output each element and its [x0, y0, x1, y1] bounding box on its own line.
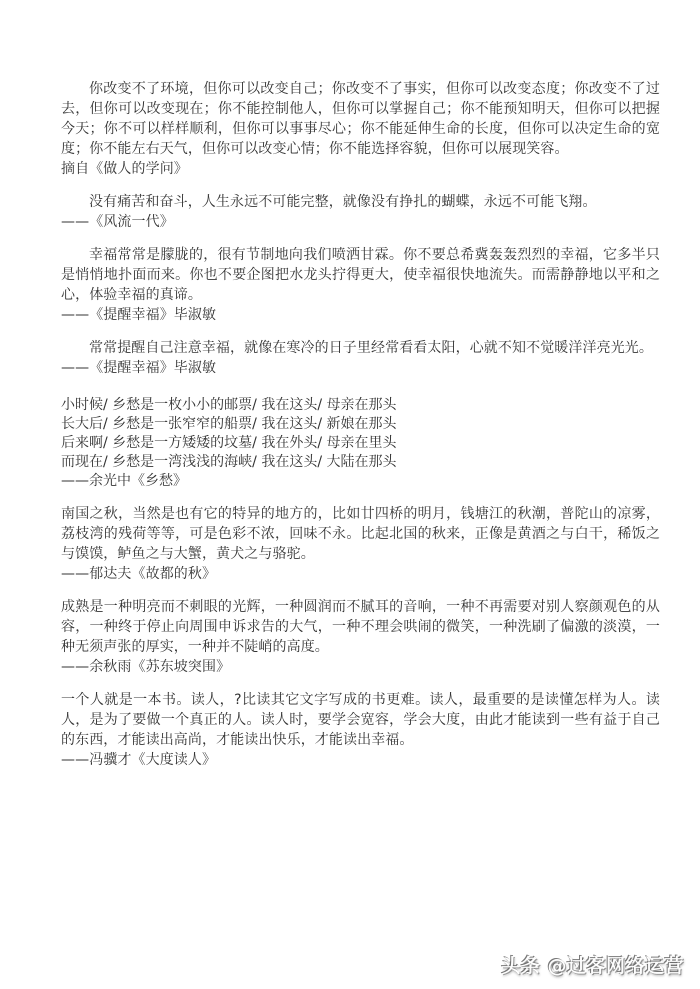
quote-source: ——余秋雨《苏东坡突围》: [61, 657, 660, 677]
quote-source: ——郁达夫《故都的秋》: [61, 564, 660, 584]
quote-text: 常常提醒自己注意幸福，就像在寒冷的日子里经常看看太阳，心就不知不觉暖洋洋亮光光。: [61, 338, 660, 358]
poem-section-xiangchou: 小时候/ 乡愁是一枚小小的邮票/ 我在这头/ 母亲在那头 长大后/ 乡愁是一张窄…: [61, 396, 660, 491]
quote-section-xingfu-2: 常常提醒自己注意幸福，就像在寒冷的日子里经常看看太阳，心就不知不觉暖洋洋亮光光。…: [61, 338, 660, 378]
quote-source: ——《提醒幸福》毕淑敏: [61, 305, 660, 325]
quote-section-fengliu: 没有痛苦和奋斗，人生永远不可能完整，就像没有挣扎的蝴蝶，永远不可能飞翔。 ——《…: [61, 192, 660, 232]
poem-line: 小时候/ 乡愁是一枚小小的邮票/ 我在这头/ 母亲在那头: [61, 396, 660, 415]
quote-text: 南国之秋，当然是也有它的特异的地方的，比如廿四桥的明月，钱塘江的秋潮，普陀山的凉…: [61, 504, 660, 564]
poem-line: 长大后/ 乡愁是一张窄窄的船票/ 我在这头/ 新娘在那头: [61, 415, 660, 434]
quote-text: 没有痛苦和奋斗，人生永远不可能完整，就像没有挣扎的蝴蝶，永远不可能飞翔。: [61, 192, 660, 212]
toutiao-watermark: 头条 @过客网络运营: [501, 951, 684, 978]
quote-text: 一个人就是一本书。读人，?比读其它文字写成的书更难。读人，最重要的是读懂怎样为人…: [61, 690, 660, 750]
quote-text: 你改变不了环境，但你可以改变自己；你改变不了事实，但你可以改变态度；你改变不了过…: [61, 79, 660, 159]
document-page: 你改变不了环境，但你可以改变自己；你改变不了事实，但你可以改变态度；你改变不了过…: [0, 0, 700, 770]
quote-source: ——《风流一代》: [61, 212, 660, 232]
quote-text: 成熟是一种明亮而不刺眼的光辉，一种圆润而不腻耳的音响，一种不再需要对别人察颜观色…: [61, 597, 660, 657]
quote-section-sudongpo: 成熟是一种明亮而不刺眼的光辉，一种圆润而不腻耳的音响，一种不再需要对别人察颜观色…: [61, 597, 660, 677]
quote-source: ——《提醒幸福》毕淑敏: [61, 358, 660, 378]
quote-section-zuoren: 你改变不了环境，但你可以改变自己；你改变不了事实，但你可以改变态度；你改变不了过…: [61, 79, 660, 179]
quote-source: 摘自《做人的学问》: [61, 159, 660, 179]
quote-section-xingfu-1: 幸福常常是朦胧的，很有节制地向我们喷洒甘霖。你不要总希冀轰轰烈烈的幸福，它多半只…: [61, 245, 660, 325]
poem-line: 而现在/ 乡愁是一湾浅浅的海峡/ 我在这头/ 大陆在那头: [61, 453, 660, 472]
quote-section-gudu: 南国之秋，当然是也有它的特异的地方的，比如廿四桥的明月，钱塘江的秋潮，普陀山的凉…: [61, 504, 660, 584]
quote-section-duren: 一个人就是一本书。读人，?比读其它文字写成的书更难。读人，最重要的是读懂怎样为人…: [61, 690, 660, 770]
quote-text: 幸福常常是朦胧的，很有节制地向我们喷洒甘霖。你不要总希冀轰轰烈烈的幸福，它多半只…: [61, 245, 660, 305]
poem-source: ——余光中《乡愁》: [61, 472, 660, 491]
poem-line: 后来啊/ 乡愁是一方矮矮的坟墓/ 我在外头/ 母亲在里头: [61, 434, 660, 453]
quote-source: ——冯骥才《大度读人》: [61, 750, 660, 770]
